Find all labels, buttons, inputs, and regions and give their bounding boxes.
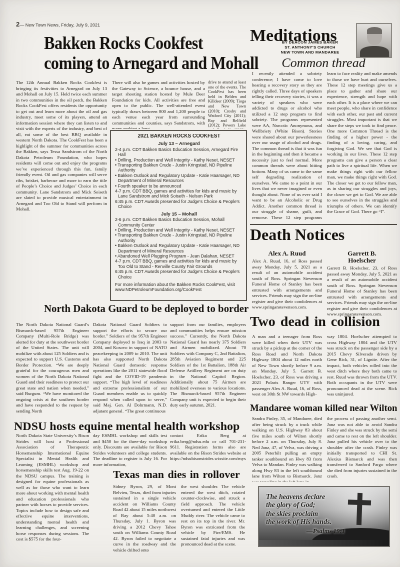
byline-location: NEW TOWN AND MANDAREE xyxy=(266,50,354,55)
schedule-line: 6:45 p.m. CDT Awards presented for Judge… xyxy=(115,199,243,209)
psalm-attribution: —Psalms 19:1 xyxy=(279,528,345,535)
death-notices-rule xyxy=(250,224,397,225)
schedule-line: 2-4 p.m. CDT Bakken Basics Education Ses… xyxy=(115,147,243,157)
guard-article-column-1: The North Dakota National Guard’s Bismar… xyxy=(16,322,89,417)
schedule-line: • Transporting Bakken Crude - Justin Kri… xyxy=(115,163,243,173)
ndsu-article-column-3: contact Erika Berg at erika.berg@ndsu.ed… xyxy=(170,433,246,470)
cross-icon xyxy=(356,493,362,525)
ndsu-article-column-1: North Dakota State University’s Bison St… xyxy=(16,433,89,552)
mandaree-column-2: the process of passing another semi. Jan… xyxy=(327,416,397,482)
meditations-column-1: I recently attended a sobriety conferenc… xyxy=(252,71,322,220)
texas-headline: Texas man dies in rollover xyxy=(113,469,240,481)
deacon-photo-hair xyxy=(367,27,382,34)
schedule-footer: For more information about the Bakken Ro… xyxy=(115,282,243,292)
death-notice-name: Alex A. Ruud xyxy=(260,250,315,257)
ndsu-article-column-2: day ESMHL workshop and skills test and $… xyxy=(93,433,167,470)
two-dead-headline: Two dead in collision xyxy=(250,315,380,331)
death-notice-name: Garrett B. Hoelscher xyxy=(343,250,381,264)
death-notice-body: Alex A. Ruud, 16, of Ross passed away Mo… xyxy=(252,259,322,311)
newspaper-page: 2— New Town News, Friday, July 9, 2021 B… xyxy=(0,0,400,567)
deacon-photo xyxy=(356,23,392,58)
bakken-article-column-1: The 12th Annual Bakken Rocks Cookfest is… xyxy=(16,80,107,308)
bakken-headline: Bakken Rocks Cookfest coming to Arnegard… xyxy=(44,33,258,73)
psalm-photo: The heavens declare the glory of God; th… xyxy=(258,486,390,547)
common-thread-title: Common thread xyxy=(250,56,397,70)
schedule-title: 2021 BAKKEN ROCKS COOKFEST xyxy=(115,134,243,139)
death-notices-title: Death Notices xyxy=(250,227,345,245)
cookfest-schedule-content: 2021 BAKKEN ROCKS COOKFEST July 13 – Arn… xyxy=(115,134,243,299)
schedule-day-heading-arnegard: July 13 – Arnegard xyxy=(115,141,243,146)
bakken-headline-line-1: Bakken Rocks Cookfest xyxy=(44,33,258,53)
death-notice-body: Garrett B. Hoelscher, 23, of Ross passed… xyxy=(327,266,397,318)
psalm-verse: The heavens declare the glory of God; th… xyxy=(266,493,346,527)
ground-shape xyxy=(259,540,389,546)
mandaree-headline: Mandaree woman killed near Wilton xyxy=(250,404,397,414)
schedule-line: 2-6 p.m. CDT Bakken Basics Education Ses… xyxy=(115,217,243,227)
ndsu-headline: NDSU hosts equine mental health workshop xyxy=(14,419,240,434)
cross-icon-arm xyxy=(348,500,371,505)
schedule-line: 4-7 p.m. CDT BBQ, games and activities f… xyxy=(115,259,243,269)
two-dead-column-2: way 1804. Hoelscher attempted to cross H… xyxy=(327,334,397,403)
bakken-article-column-2: There will also be games and activities … xyxy=(112,80,205,129)
texas-article-column-2: the west shoulder. The vehicle entered t… xyxy=(181,484,245,557)
guard-headline: North Dakota Guard to be deployed to bor… xyxy=(44,304,249,315)
masthead-text: — New Town News, Friday, July 9, 2021 xyxy=(20,23,100,28)
schedule-line: 6:45 p.m. CDT Awards presented for Judge… xyxy=(115,269,243,279)
meditations-column-2: learn to face reality and make amends to… xyxy=(327,71,397,220)
schedule-line: • Bakken Outlook and Regulatory Update -… xyxy=(115,173,243,183)
schedule-line: 4-7 p.m. CDT BBQ, games and activities f… xyxy=(115,189,243,199)
schedule-day-heading-mohall: July 15 – Mohall xyxy=(115,211,243,216)
two-dead-column-1: A man and a teenager from Ross were kill… xyxy=(252,334,322,403)
schedule-line: • Transporting Bakken Crude - Justin Kri… xyxy=(115,233,243,243)
guard-article-column-3: support from our families, employers and… xyxy=(170,322,246,417)
mandaree-column-1: Sandra Finley, 35, of Mandaree, died aft… xyxy=(252,416,322,482)
schedule-line: • Bakken Outlook and Regulatory Update -… xyxy=(115,243,243,253)
texas-article-column-1: Sidney Byron, 29, of Mont Belvieu, Texas… xyxy=(113,484,176,557)
cookfest-schedule-box: 2021 BAKKEN ROCKS COOKFEST July 13 – Arn… xyxy=(110,130,247,301)
bakken-article-column-3: drive to attend at least one of the even… xyxy=(208,80,246,129)
guard-article-column-2: Dakota National Guard Soldiers to suppor… xyxy=(93,322,167,417)
bakken-headline-line-2: coming to Arnegard and Mohall xyxy=(44,53,258,73)
